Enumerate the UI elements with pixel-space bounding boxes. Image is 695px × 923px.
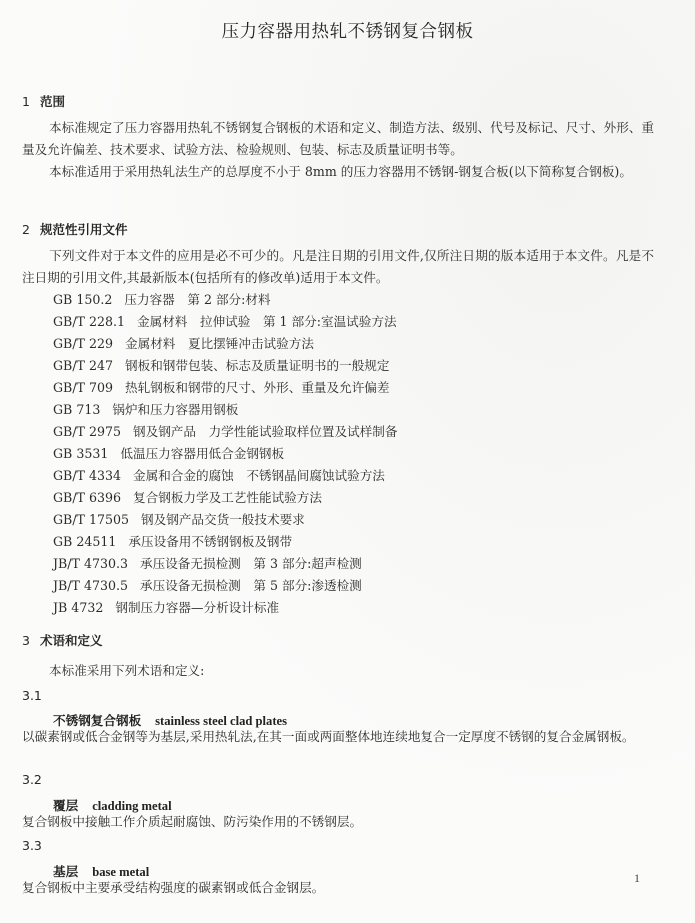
document-page: 压力容器用热轧不锈钢复合钢板 1范围 本标准规定了压力容器用热轧不锈钢复合钢板的… — [0, 0, 695, 923]
reference-title: 承压设备用不锈钢钢板及钢带 — [128, 534, 292, 549]
reference-code: GB 713 — [53, 399, 100, 421]
reference-code: GB 3531 — [53, 443, 108, 465]
section-title: 范围 — [40, 94, 65, 109]
term-definition: 复合钢板中接触工作介质起耐腐蚀、防污染作用的不锈钢层。 — [22, 811, 654, 833]
page-number: 1 — [634, 871, 640, 886]
reference-code: JB/T 4730.5 — [53, 575, 128, 597]
reference-item: GB/T 4334金属和合金的腐蚀 不锈钢晶间腐蚀试验方法 — [53, 465, 385, 487]
reference-title: 热轧钢板和钢带的尺寸、外形、重量及允许偏差 — [125, 380, 389, 395]
reference-title: 钢及钢产品 力学性能试验取样位置及试样制备 — [133, 424, 397, 439]
reference-title: 压力容器 第 2 部分:材料 — [124, 292, 270, 307]
reference-item: GB 24511承压设备用不锈钢钢板及钢带 — [53, 531, 292, 553]
reference-code: GB/T 709 — [53, 377, 113, 399]
reference-title: 钢制压力容器—分析设计标准 — [115, 600, 279, 615]
reference-code: GB/T 228.1 — [53, 311, 125, 333]
reference-code: JB 4732 — [53, 597, 103, 619]
reference-item: GB 150.2压力容器 第 2 部分:材料 — [53, 289, 271, 311]
reference-code: GB 150.2 — [53, 289, 112, 311]
document-title: 压力容器用热轧不锈钢复合钢板 — [0, 18, 695, 43]
reference-item: GB/T 229金属材料 夏比摆锤冲击试验方法 — [53, 333, 314, 355]
section-heading-scope: 1范围 — [22, 92, 65, 110]
reference-item: GB 3531低温压力容器用低合金钢钢板 — [53, 443, 284, 465]
reference-code: GB/T 6396 — [53, 487, 121, 509]
reference-title: 承压设备无损检测 第 3 部分:超声检测 — [140, 556, 362, 571]
section-number: 2 — [22, 222, 30, 237]
clause-number: 3.3 — [22, 838, 42, 853]
scope-paragraph-1: 本标准规定了压力容器用热轧不锈钢复合钢板的术语和定义、制造方法、级别、代号及标记… — [22, 117, 654, 161]
section-number: 1 — [22, 94, 30, 109]
reference-title: 锅炉和压力容器用钢板 — [112, 402, 238, 417]
reference-item: GB/T 709热轧钢板和钢带的尺寸、外形、重量及允许偏差 — [53, 377, 389, 399]
clause-number: 3.1 — [22, 688, 42, 703]
reference-item: GB/T 17505钢及钢产品交货一般技术要求 — [53, 509, 305, 531]
section-heading-terms: 3术语和定义 — [22, 631, 102, 649]
reference-item: GB 713锅炉和压力容器用钢板 — [53, 399, 238, 421]
section-title: 术语和定义 — [40, 633, 103, 648]
reference-code: GB/T 2975 — [53, 421, 121, 443]
clause-number: 3.2 — [22, 772, 42, 787]
reference-item: JB/T 4730.3承压设备无损检测 第 3 部分:超声检测 — [53, 553, 362, 575]
reference-item: GB/T 2975钢及钢产品 力学性能试验取样位置及试样制备 — [53, 421, 397, 443]
reference-code: JB/T 4730.3 — [53, 553, 128, 575]
reference-code: GB/T 229 — [53, 333, 113, 355]
section-title: 规范性引用文件 — [40, 222, 128, 237]
reference-code: GB/T 4334 — [53, 465, 121, 487]
reference-item: JB/T 4730.5承压设备无损检测 第 5 部分:渗透检测 — [53, 575, 362, 597]
term-definition: 以碳素钢或低合金钢等为基层,采用热轧法,在其一面或两面整体地连续地复合一定厚度不… — [22, 726, 654, 748]
term-definition: 复合钢板中主要承受结构强度的碳素钢或低合金钢层。 — [22, 877, 654, 899]
reference-title: 承压设备无损检测 第 5 部分:渗透检测 — [140, 578, 362, 593]
reference-title: 金属材料 拉伸试验 第 1 部分:室温试验方法 — [137, 314, 397, 329]
section-heading-normative-references: 2规范性引用文件 — [22, 220, 127, 238]
reference-item: GB/T 247钢板和钢带包装、标志及质量证明书的一般规定 — [53, 355, 389, 377]
reference-item: GB/T 6396复合钢板力学及工艺性能试验方法 — [53, 487, 322, 509]
reference-title: 钢板和钢带包装、标志及质量证明书的一般规定 — [125, 358, 389, 373]
reference-title: 金属材料 夏比摆锤冲击试验方法 — [125, 336, 314, 351]
reference-item: GB/T 228.1金属材料 拉伸试验 第 1 部分:室温试验方法 — [53, 311, 397, 333]
reference-code: GB 24511 — [53, 531, 116, 553]
reference-title: 金属和合金的腐蚀 不锈钢晶间腐蚀试验方法 — [133, 468, 385, 483]
reference-item: JB 4732钢制压力容器—分析设计标准 — [53, 597, 279, 619]
terms-intro: 本标准采用下列术语和定义: — [22, 660, 654, 682]
reference-code: GB/T 247 — [53, 355, 113, 377]
references-intro: 下列文件对于本文件的应用是必不可少的。凡是注日期的引用文件,仅所注日期的版本适用… — [22, 245, 654, 289]
reference-title: 钢及钢产品交货一般技术要求 — [141, 512, 305, 527]
section-number: 3 — [22, 633, 30, 648]
scope-paragraph-2: 本标准适用于采用热轧法生产的总厚度不小于 8mm 的压力容器用不锈钢-钢复合板(… — [22, 161, 654, 183]
reference-title: 低温压力容器用低合金钢钢板 — [120, 446, 284, 461]
reference-code: GB/T 17505 — [53, 509, 129, 531]
reference-title: 复合钢板力学及工艺性能试验方法 — [133, 490, 322, 505]
